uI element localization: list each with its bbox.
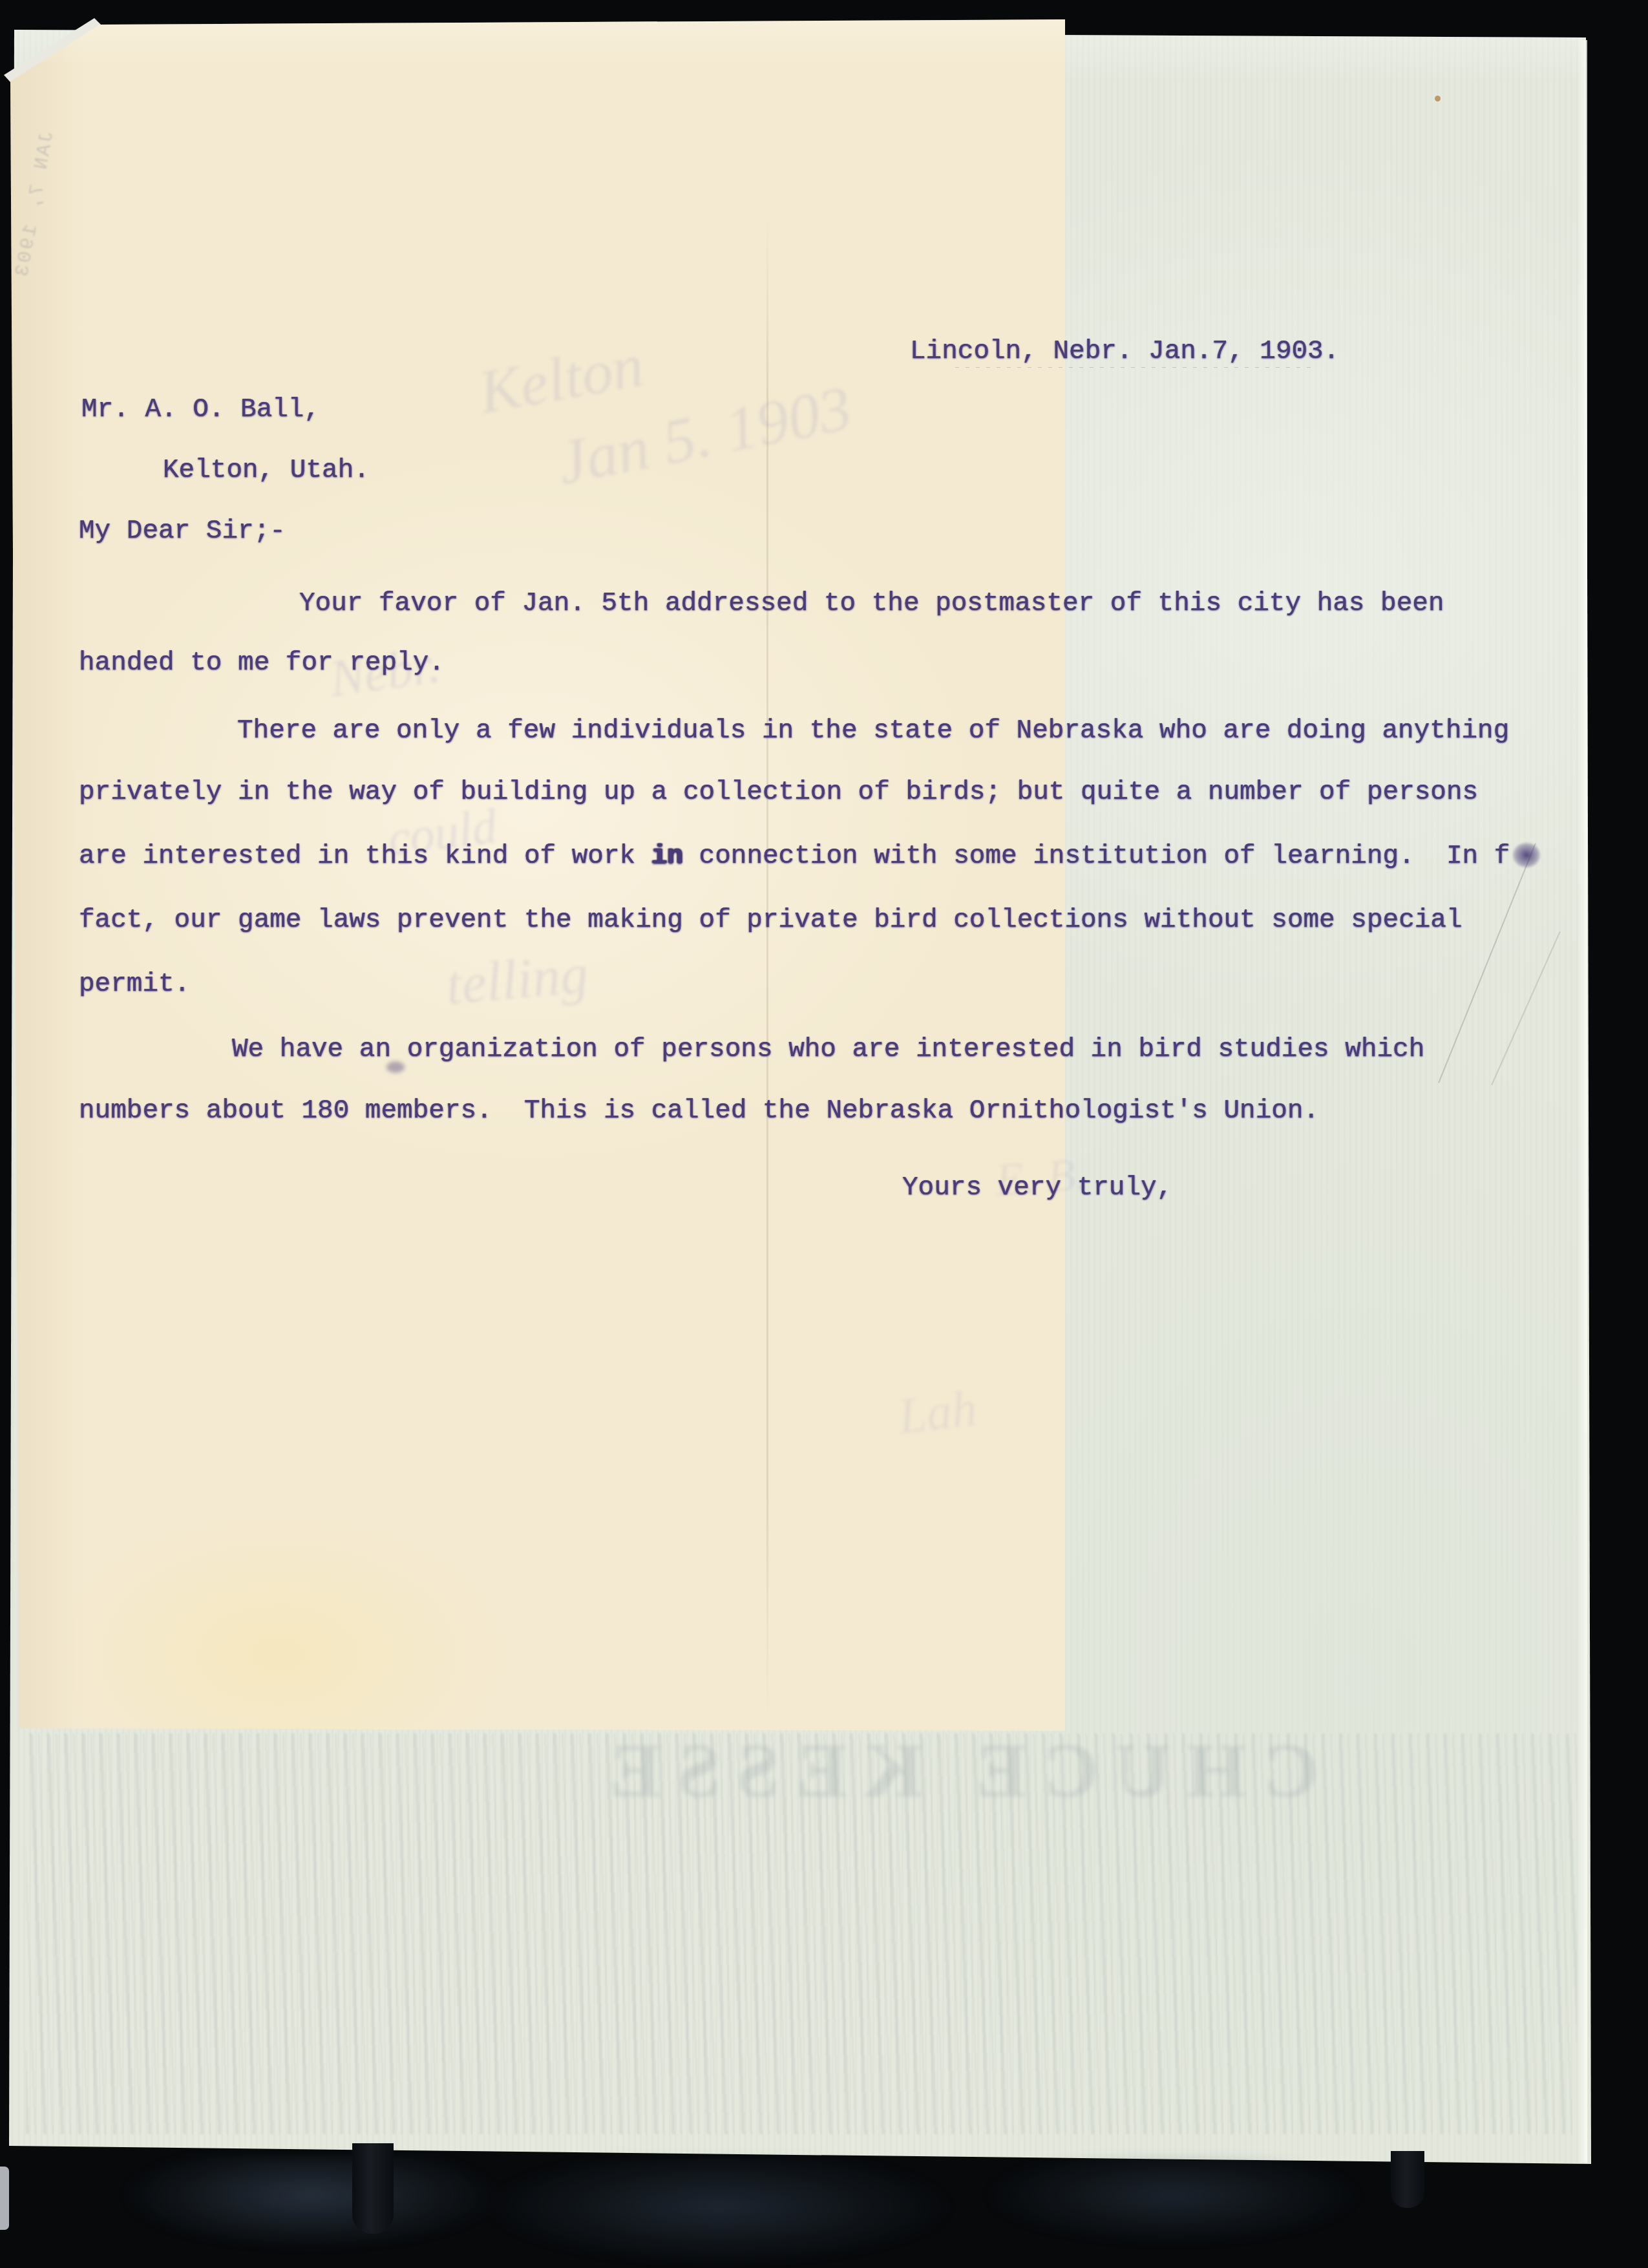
letter-salutation: My Dear Sir;- [79, 515, 286, 547]
overstruck-word: in [651, 842, 683, 871]
letter-body-line: There are only a few individuals in the … [237, 715, 1509, 747]
letter-body-line: privately in the way of building up a co… [79, 776, 1478, 809]
letter-body-line: Your favor of Jan. 5th addressed to the … [299, 588, 1444, 620]
letter-closing: Yours very truly, [902, 1172, 1172, 1204]
letter-body-line: handed to me for reply. [79, 647, 445, 679]
ghost-handwriting: Lah [896, 1379, 980, 1445]
letter-recipient-place: Kelton, Utah. [163, 454, 370, 487]
body-text: are interested in this kind of work [79, 842, 651, 871]
letter-body-line: We have an organization of persons who a… [232, 1033, 1424, 1066]
scanner-bed-shadow [39, 2156, 1551, 2268]
edge-clip [0, 2167, 9, 2230]
paper-speck [1435, 96, 1441, 101]
binder-post [352, 2143, 394, 2234]
letter-body-line: are interested in this kind of work in c… [79, 840, 1541, 873]
letter-body-line: fact, our game laws prevent the making o… [79, 904, 1463, 937]
ink-smudge [1512, 842, 1541, 868]
scanned-letter-page: JAN 7, 1903 Kelton Jan 5. 1903 Nebr. cou… [0, 0, 1648, 2268]
binder-post [1391, 2151, 1424, 2208]
letter-body-line: numbers about 180 members. This is calle… [79, 1095, 1319, 1127]
letter-recipient-name: Mr. A. O. Ball, [81, 394, 320, 426]
body-text: connection with some institution of lear… [683, 842, 1510, 871]
back-paper-right-edge [1577, 40, 1587, 2163]
letter-body-line: permit. [79, 968, 190, 1001]
ghost-large-lettering: CHUCE KESSE [284, 1727, 1318, 1815]
letter-dateline: Lincoln, Nebr. Jan.7, 1903. [910, 335, 1339, 368]
ghost-handwriting: telling [443, 941, 591, 1018]
